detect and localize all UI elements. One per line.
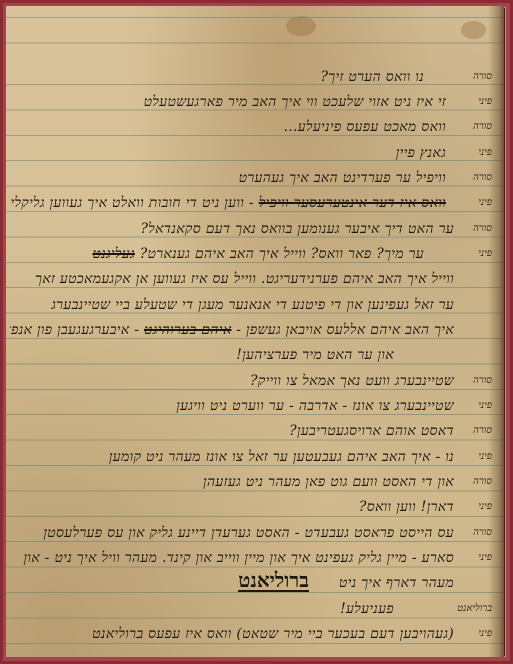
- dialog-line: סורה עס הייסט פראסט געבעדט - האסט גערעדן…: [10, 517, 494, 542]
- struck-text: וואס איז דער אינטערעסער וויפיל: [259, 195, 446, 211]
- speaker-label: סורה: [454, 422, 494, 440]
- dialog-line: פיני ער מיך? פאר וואס? ווייל איך האב איה…: [10, 238, 494, 263]
- dialog-line: פיני וואס איז דער אינטערעסער וויפיל - וו…: [10, 187, 494, 212]
- manuscript-page: סורה נו וואס הערט זיך? פיני זי איז ניט א…: [6, 6, 504, 657]
- dialog-line: פיני נו - איך האב איהם געבעטען ער זאל צו…: [10, 441, 494, 466]
- dialog-line: און ער האט מיר פערציהען!: [10, 339, 494, 364]
- line-text-group: וואס איז דער אינטערעסער וויפיל - ווען ני…: [10, 194, 454, 212]
- speaker-label: פיני: [454, 448, 494, 466]
- line-text: נו וואס הערט זיך?: [320, 68, 454, 86]
- dialog-line: ער זאל געפינען און די פיטנע די אנאנער מע…: [10, 289, 494, 314]
- struck-text: איהם בערוהיגט: [144, 322, 231, 338]
- dialog-line: פיני גאנץ פיין: [10, 137, 494, 162]
- line-text: און די האסט וועם גוט פאן מעהר ניט געזעהן: [203, 473, 454, 491]
- character-entrance-heading: ברוליאנט: [238, 571, 309, 592]
- line-text: וואס מאכט עפעס פיניעלע...: [284, 118, 455, 136]
- speaker-label: פיני: [454, 397, 494, 415]
- dialog-line: סורה וויפיל ער פערדינט האב איך געהערט: [10, 162, 494, 187]
- dialog-line: פיני סארע - מיין גליק געפינט איך און מיי…: [10, 542, 494, 567]
- speaker-label: פיני: [454, 93, 494, 111]
- line-text-tail: - איבערגעגעבן פון אנפאנג: [10, 322, 139, 338]
- speaker-label: סורה: [454, 473, 494, 491]
- line-text: זי איז ניט אזוי שלעכט ווי איך האב מיר פא…: [144, 93, 454, 111]
- dialog-line: סורה וואס מאכט עפעס פיניעלע...: [10, 111, 494, 136]
- line-text: פעניעלע!: [340, 600, 454, 618]
- line-text: ער זאל געפינען און די פיטנע די אנאנער מע…: [51, 296, 454, 314]
- line-text: ער מיך? פאר וואס? ווייל איך האב איהם גענ…: [140, 246, 424, 262]
- struck-text: געליגנט: [92, 246, 135, 262]
- dialog-line: מעהר דארף איך ניט ברוליאנט: [10, 567, 494, 592]
- speaker-label: סורה: [454, 169, 494, 187]
- line-text: (געהויבען דעם בעכער ביי מיר שטאט) וואס א…: [92, 625, 454, 643]
- dialog-line: פיני דארן! ווען וואס?: [10, 491, 494, 516]
- dialog-line: איך האב איהם אללעס אויבאן געשפן - איהם ב…: [10, 314, 494, 339]
- line-text: דאסט אוהם ארויסגעטריבען?: [289, 422, 454, 440]
- line-text-group: ער מיך? פאר וואס? ווייל איך האב איהם גענ…: [92, 245, 454, 263]
- dialog-lines: סורה נו וואס הערט זיך? פיני זי איז ניט א…: [6, 6, 504, 657]
- speaker-label: פיני: [454, 498, 494, 516]
- line-text: איך האב איהם אללעס אויבאן געשפן -: [236, 322, 454, 338]
- line-text: ער האט דיך איבער גענומען בוואס נאך דעם ס…: [140, 220, 454, 238]
- dialog-line: סורה און די האסט וועם גוט פאן מעהר ניט ג…: [10, 466, 494, 491]
- line-text: ווייל איך האב איהם פערנידעריגט. ווייל עס…: [35, 270, 454, 288]
- line-text: שטיינבערג וועט נאך אמאל צו ווייק?: [250, 372, 454, 390]
- speaker-label: סורה: [454, 524, 494, 542]
- line-text: נו - איך האב איהם געבעטען ער זאל צו אונז…: [109, 448, 454, 466]
- line-text: און ער האט מיר פערציהען!: [236, 346, 454, 364]
- speaker-label: פיני: [454, 144, 494, 162]
- line-text: גאנץ פיין: [396, 144, 454, 162]
- speaker-label: פיני: [454, 625, 494, 643]
- speaker-label: פיני: [454, 549, 494, 567]
- line-text: סארע - מיין גליק געפינט איך און מיין ווי…: [23, 549, 454, 567]
- line-text: וויפיל ער פערדינט האב איך געהערט: [239, 169, 454, 187]
- line-text: - ווען ניט די חובות וואלט איך געווען גלי…: [10, 195, 254, 211]
- line-text: עס הייסט פראסט געבעדט - האסט גערעדן דיינ…: [43, 524, 454, 542]
- speaker-label: סורה: [454, 372, 494, 390]
- dialog-line: ברוליאנט פעניעלע!: [10, 593, 494, 618]
- speaker-label: ברוליאנט: [454, 600, 494, 618]
- dialog-line: פיני שטיינבערג צו אונז - אדרבה - ער ווער…: [10, 390, 494, 415]
- line-text: שטיינבערג צו אונז - אדרבה - ער ווערט ניט…: [176, 397, 454, 415]
- dialog-line: סורה דאסט אוהם ארויסגעטריבען?: [10, 415, 494, 440]
- line-text: מעהר דארף איך ניט: [339, 574, 454, 592]
- speaker-label: סורה: [454, 68, 494, 86]
- dialog-line: ווייל איך האב איהם פערנידעריגט. ווייל עס…: [10, 263, 494, 288]
- speaker-label: פיני: [454, 194, 494, 212]
- speaker-label: פיני: [454, 245, 494, 263]
- dialog-line: פיני (געהויבען דעם בעכער ביי מיר שטאט) ו…: [10, 618, 494, 643]
- speaker-label: סורה: [454, 220, 494, 238]
- dialog-line: סורה ער האט דיך איבער גענומען בוואס נאך …: [10, 213, 494, 238]
- dialog-line: סורה שטיינבערג וועט נאך אמאל צו ווייק?: [10, 365, 494, 390]
- speaker-label: סורה: [454, 118, 494, 136]
- dialog-line: פיני זי איז ניט אזוי שלעכט ווי איך האב מ…: [10, 86, 494, 111]
- line-text-group: איך האב איהם אללעס אויבאן געשפן - איהם ב…: [10, 321, 454, 339]
- dialog-line: סורה נו וואס הערט זיך?: [10, 61, 494, 86]
- line-text: דארן! ווען וואס?: [359, 498, 454, 516]
